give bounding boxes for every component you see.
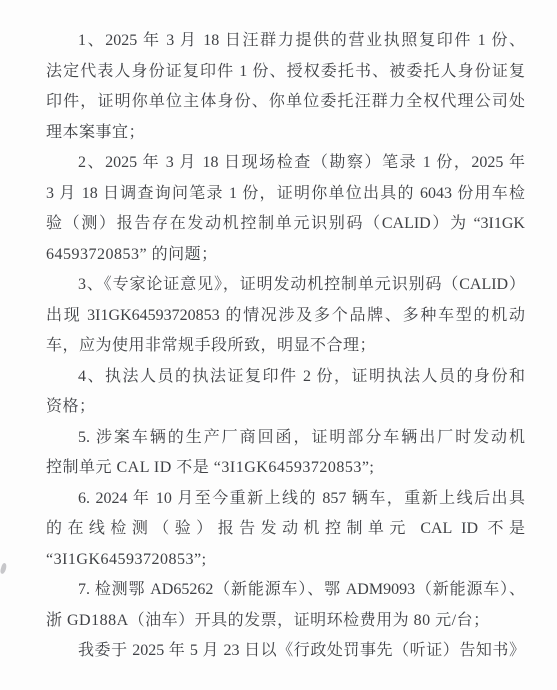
document-line: 2、2025 年 3 月 18 日现场检查（勘察）笔录 1 份，2025 年: [46, 148, 525, 179]
document-line: 理本案事宜；: [46, 118, 525, 149]
document-line: 5. 涉案车辆的生产厂商回函，证明部分车辆出厂时发动机: [46, 423, 525, 454]
document-line: 4、执法人员的执法证复印件 2 份，证明执法人员的身份和: [46, 362, 525, 393]
document-line: 浙 GD188A（油车）开具的发票，证明环检费用为 80 元/台；: [46, 606, 525, 637]
scanned-document-page: 1、2025 年 3 月 18 日汪群力提供的营业执照复印件 1 份、 法定代表…: [0, 0, 557, 690]
document-line: 验（测）报告存在发动机控制单元识别码（CALID）为 “3I1GK: [46, 209, 525, 240]
document-line: 的在线检测（验）报告发动机控制单元 CAL ID 不是: [46, 514, 525, 545]
document-line: 64593720853” 的问题；: [46, 240, 525, 271]
document-line: 车，应为使用非常规手段所致，明显不合理；: [46, 331, 525, 362]
document-line: “3I1GK64593720853”;: [46, 545, 525, 576]
document-line: 资格；: [46, 392, 525, 423]
document-line: 我委于 2025 年 5 月 23 日以《行政处罚事先（听证）告知书》: [46, 636, 525, 667]
document-line: 1、2025 年 3 月 18 日汪群力提供的营业执照复印件 1 份、: [46, 26, 525, 57]
document-line: 印件，证明你单位主体身份、你单位委托汪群力全权代理公司处: [46, 87, 525, 118]
document-text-block: 1、2025 年 3 月 18 日汪群力提供的营业执照复印件 1 份、 法定代表…: [46, 26, 525, 667]
document-line: 6. 2024 年 10 月至今重新上线的 857 辆车，重新上线后出具: [46, 484, 525, 515]
document-line: 出现 3I1GK64593720853 的情况涉及多个品牌、多种车型的机动: [46, 301, 525, 332]
scan-artifact: [0, 562, 8, 574]
document-line: 7. 检测鄂 AD65262（新能源车）、鄂 ADM9093（新能源车）、: [46, 575, 525, 606]
document-line: 3、《专家论证意见》，证明发动机控制单元识别码（CALID）: [46, 270, 525, 301]
document-line: 3 月 18 日调查询问笔录 1 份，证明你单位出具的 6043 份用车检: [46, 179, 525, 210]
document-line: 控制单元 CAL ID 不是 “3I1GK64593720853”;: [46, 453, 525, 484]
document-line: 法定代表人身份证复印件 1 份、授权委托书、被委托人身份证复: [46, 57, 525, 88]
